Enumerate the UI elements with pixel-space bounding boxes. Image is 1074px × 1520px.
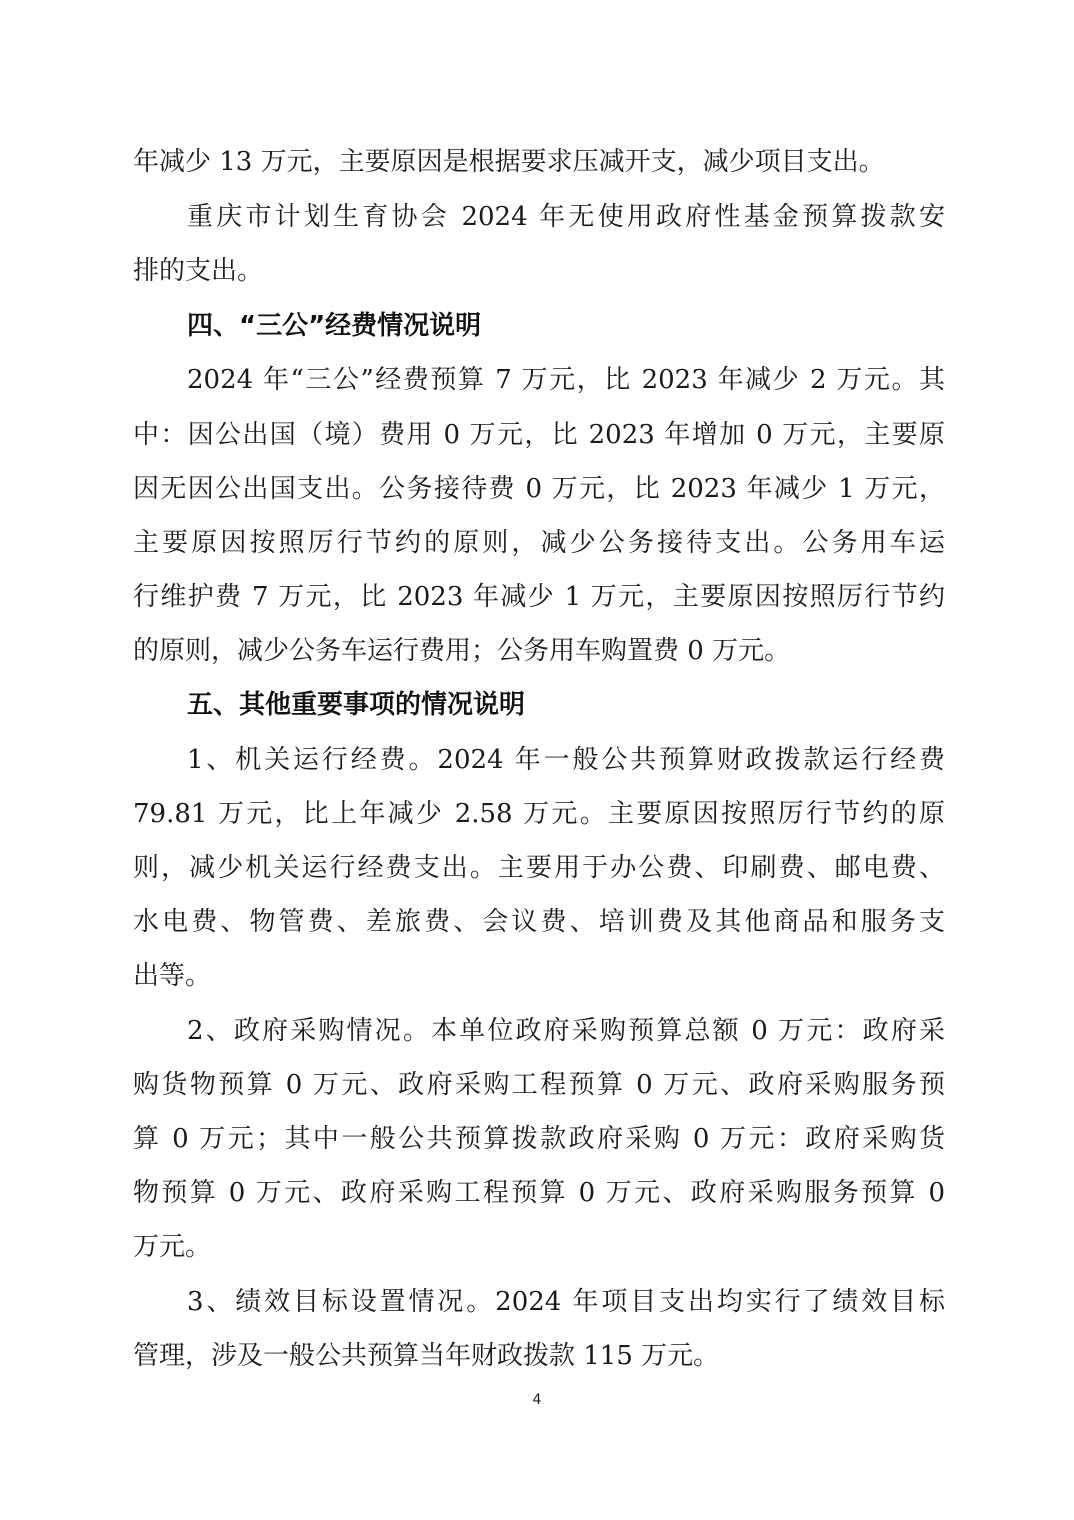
paragraph-line: 购货物预算 0 万元、政府采购工程预算 0 万元、政府采购服务预 (133, 1065, 945, 1105)
page-number: 4 (527, 1392, 547, 1408)
paragraph-line: 2024 年“三公”经费预算 7 万元，比 2023 年减少 2 万元。其 (187, 360, 945, 400)
paragraph-line: 的原则，减少公务车运行费用；公务用车购置费 0 万元。 (133, 631, 945, 671)
paragraph-line: 物预算 0 万元、政府采购工程预算 0 万元、政府采购服务预算 0 (133, 1173, 945, 1213)
section-heading-other-matters: 五、其他重要事项的情况说明 (187, 685, 525, 725)
paragraph-line: 万元。 (133, 1227, 945, 1267)
paragraph-line: 则，减少机关运行经费支出。主要用于办公费、印刷费、邮电费、 (133, 848, 945, 888)
paragraph-line: 中：因公出国（境）费用 0 万元，比 2023 年增加 0 万元，主要原 (133, 415, 945, 455)
paragraph-line: 重庆市计划生育协会 2024 年无使用政府性基金预算拨款安 (187, 197, 945, 237)
paragraph-line: 算 0 万元；其中一般公共预算拨款政府采购 0 万元：政府采购货 (133, 1119, 945, 1159)
paragraph-line: 出等。 (133, 956, 945, 996)
paragraph-line: 管理，涉及一般公共预算当年财政拨款 115 万元。 (133, 1336, 945, 1376)
paragraph-line: 因无因公出国支出。公务接待费 0 万元，比 2023 年减少 1 万元， (133, 469, 945, 509)
section-heading-sangong: 四、“三公”经费情况说明 (187, 306, 481, 346)
paragraph-line: 年减少 13 万元，主要原因是根据要求压减开支，减少项目支出。 (133, 142, 945, 182)
paragraph-line: 79.81 万元，比上年减少 2.58 万元。主要原因按照厉行节约的原 (133, 794, 945, 834)
paragraph-line: 排的支出。 (133, 251, 945, 291)
paragraph-line: 1、机关运行经费。2024 年一般公共预算财政拨款运行经费 (187, 740, 945, 780)
paragraph-line: 3、绩效目标设置情况。2024 年项目支出均实行了绩效目标 (187, 1282, 945, 1322)
paragraph-line: 主要原因按照厉行节约的原则，减少公务接待支出。公务用车运 (133, 523, 945, 563)
paragraph-line: 水电费、物管费、差旅费、会议费、培训费及其他商品和服务支 (133, 902, 945, 942)
document-page: 年减少 13 万元，主要原因是根据要求压减开支，减少项目支出。 重庆市计划生育协… (0, 0, 1074, 1520)
paragraph-line: 2、政府采购情况。本单位政府采购预算总额 0 万元：政府采 (187, 1011, 945, 1051)
paragraph-line: 行维护费 7 万元，比 2023 年减少 1 万元，主要原因按照厉行节约 (133, 577, 945, 617)
